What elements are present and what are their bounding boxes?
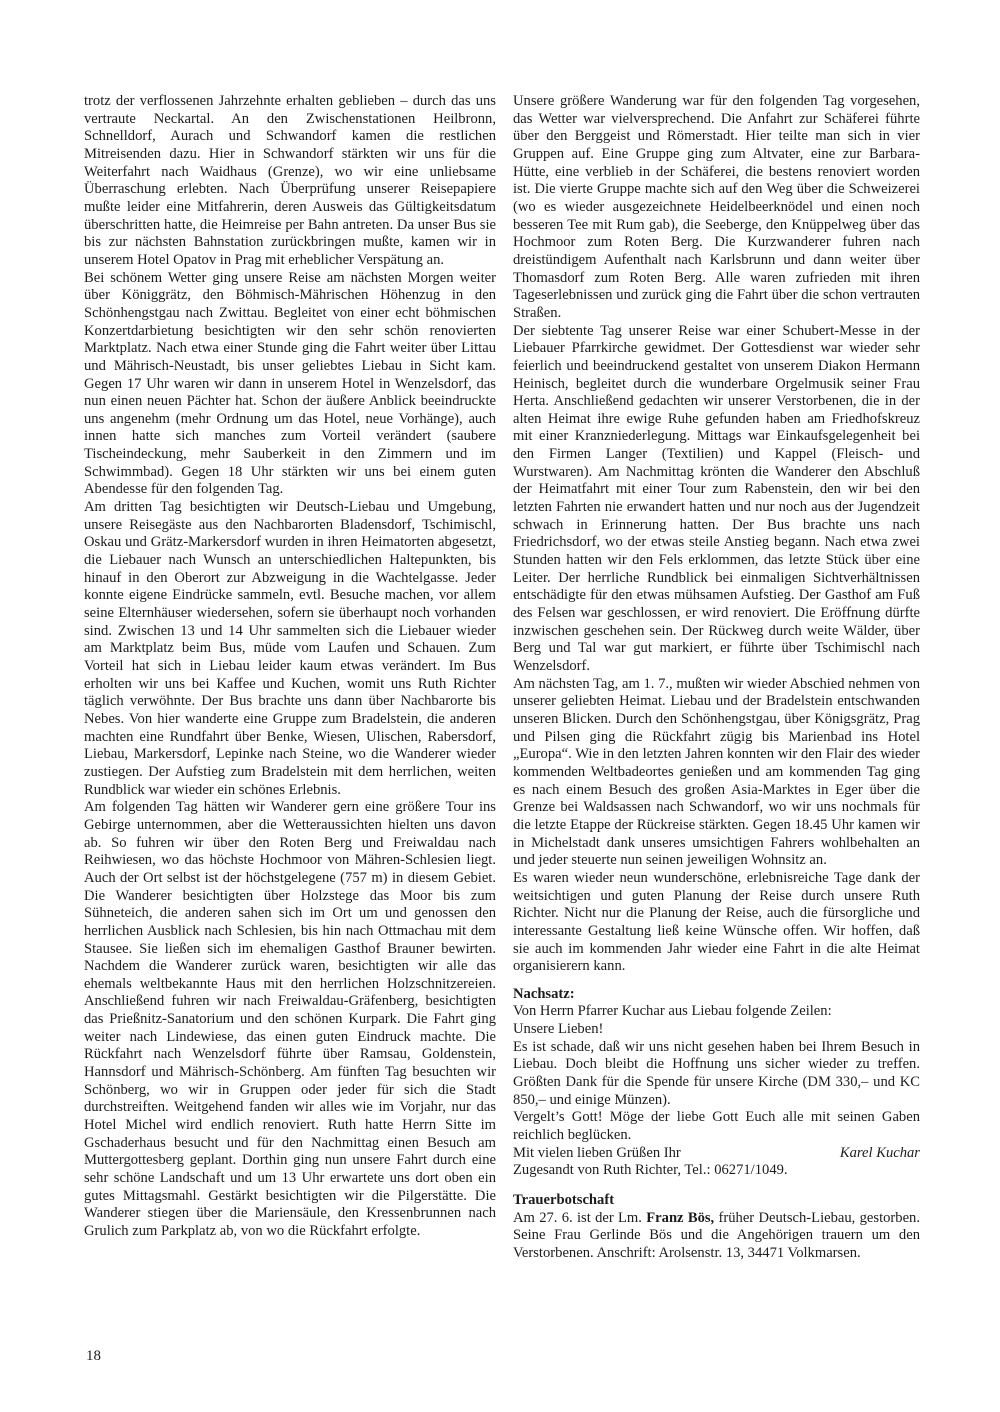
trauerbotschaft-text: Am 27. 6. ist der Lm. Franz Bös, früher …	[513, 1210, 920, 1263]
closing-text: Mit vielen lieben Grüßen Ihr	[513, 1145, 681, 1163]
trauerbotschaft-section: Trauerbotschaft Am 27. 6. ist der Lm. Fr…	[513, 1192, 920, 1263]
document-page: trotz der verflossenen Jahrzehnte erhalt…	[0, 0, 1000, 1412]
deceased-name: Franz Bös,	[646, 1210, 714, 1226]
paragraph-arrival-prague: trotz der verflossenen Jahrzehnte erhalt…	[84, 93, 496, 270]
paragraph-seventh-day: Der siebtente Tag unserer Reise war eine…	[513, 323, 920, 676]
right-column: Unsere größere Wanderung war für den fol…	[513, 93, 920, 1263]
left-column: trotz der verflossenen Jahrzehnte erhalt…	[84, 93, 496, 1241]
nachsatz-salutation: Unsere Lieben!	[513, 1021, 920, 1039]
sent-by-line: Zugesandt von Ruth Richter, Tel.: 06271/…	[513, 1162, 920, 1180]
paragraph-summary: Es waren wieder neun wunderschöne, erleb…	[513, 870, 920, 976]
paragraph-sixth-day: Unsere größere Wanderung war für den fol…	[513, 93, 920, 323]
paragraph-third-day: Am dritten Tag besichtigten wir Deutsch-…	[84, 499, 496, 799]
signature-row: Mit vielen lieben Grüßen Ihr Karel Kucha…	[513, 1145, 920, 1163]
trauerbotschaft-heading: Trauerbotschaft	[513, 1192, 920, 1210]
nachsatz-blessing: Vergelt’s Gott! Möge der liebe Gott Euch…	[513, 1109, 920, 1144]
paragraph-second-day: Bei schönem Wetter ging unsere Reise am …	[84, 270, 496, 500]
obituary-text-before: Am 27. 6. ist der Lm.	[513, 1210, 642, 1226]
signature-name: Karel Kuchar	[840, 1145, 920, 1163]
nachsatz-body: Es ist schade, daß wir uns nicht gesehen…	[513, 1039, 920, 1110]
paragraph-fourth-fifth-day: Am folgenden Tag hätten wir Wanderer ger…	[84, 799, 496, 1240]
paragraph-return-trip: Am nächsten Tag, am 1. 7., mußten wir wi…	[513, 676, 920, 870]
spacer	[513, 1180, 920, 1192]
nachsatz-intro: Von Herrn Pfarrer Kuchar aus Liebau folg…	[513, 1003, 920, 1021]
page-number: 18	[86, 1348, 101, 1365]
nachsatz-heading: Nachsatz:	[513, 986, 920, 1004]
nachsatz-section: Nachsatz: Von Herrn Pfarrer Kuchar aus L…	[513, 986, 920, 1180]
spacer	[513, 976, 920, 986]
